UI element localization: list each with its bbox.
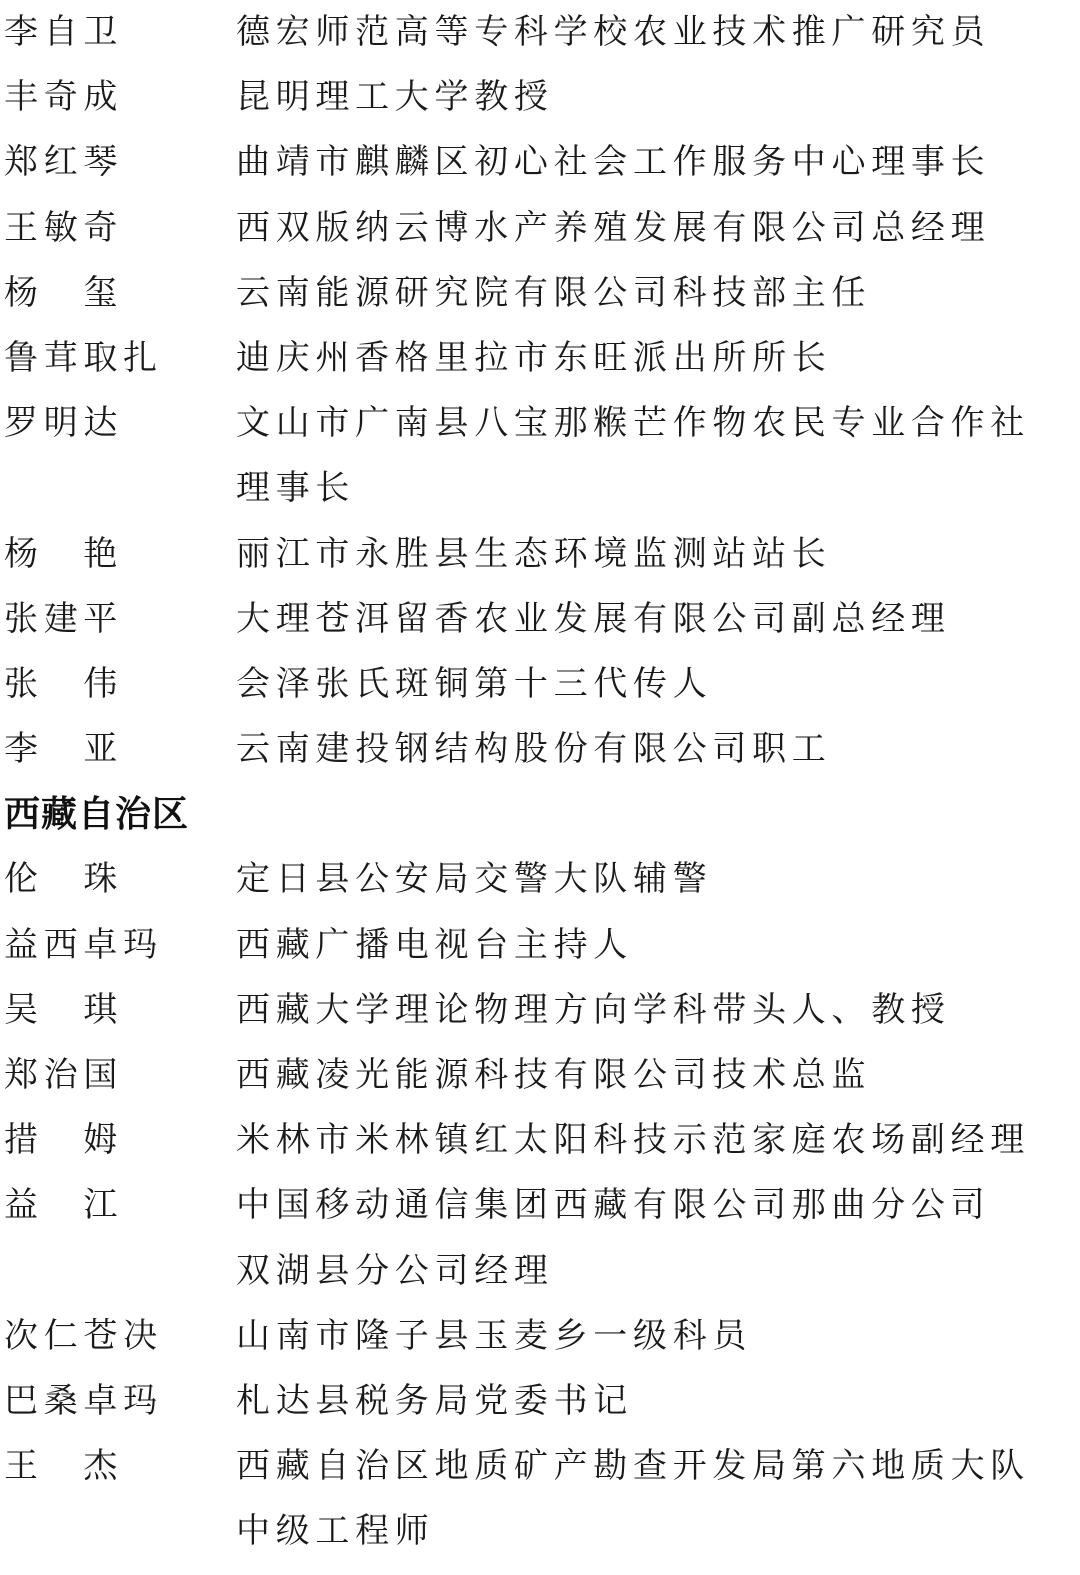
person-position: 札达县税务局党委书记 (236, 1369, 1080, 1434)
person-name: 郑治国 (0, 1043, 236, 1108)
person-position: 云南建投钢结构股份有限公司职工 (236, 717, 1080, 782)
list-entry: 伦 珠 定日县公安局交警大队辅警 (0, 847, 1080, 912)
person-name: 措 姆 (0, 1108, 236, 1173)
list-entry: 杨 艳 丽江市永胜县生态环境监测站站长 (0, 522, 1080, 587)
person-name: 张 伟 (0, 652, 236, 717)
person-position: 定日县公安局交警大队辅警 (236, 847, 1080, 912)
list-entry: 杨 玺 云南能源研究院有限公司科技部主任 (0, 261, 1080, 326)
person-name: 杨 玺 (0, 261, 236, 326)
person-position: 云南能源研究院有限公司科技部主任 (236, 261, 1080, 326)
section-yunnan-continued: 李自卫 德宏师范高等专科学校农业技术推广研究员 丰奇成 昆明理工大学教授 郑红琴… (0, 0, 1080, 782)
person-position: 中国移动通信集团西藏有限公司那曲分公司 (236, 1173, 1080, 1238)
person-name: 杨 艳 (0, 522, 236, 587)
person-position: 米林市米林镇红太阳科技示范家庭农场副经理 (236, 1108, 1080, 1173)
person-position: 大理苍洱留香农业发展有限公司副总经理 (236, 587, 1080, 652)
honoree-list-document: 李自卫 德宏师范高等专科学校农业技术推广研究员 丰奇成 昆明理工大学教授 郑红琴… (0, 0, 1080, 1565)
person-name: 益 江 (0, 1173, 236, 1238)
person-name: 伦 珠 (0, 847, 236, 912)
list-entry: 巴桑卓玛 札达县税务局党委书记 (0, 1369, 1080, 1434)
list-entry: 王敏奇 西双版纳云博水产养殖发展有限公司总经理 (0, 196, 1080, 261)
person-position: 山南市隆子县玉麦乡一级科员 (236, 1304, 1080, 1369)
person-position: 德宏师范高等专科学校农业技术推广研究员 (236, 0, 1080, 65)
person-name: 李自卫 (0, 0, 236, 65)
person-position: 文山市广南县八宝那糇芒作物农民专业合作社 (236, 391, 1080, 456)
list-entry: 次仁苍决 山南市隆子县玉麦乡一级科员 (0, 1304, 1080, 1369)
person-position: 西藏广播电视台主持人 (236, 913, 1080, 978)
person-name: 李 亚 (0, 717, 236, 782)
person-name: 丰奇成 (0, 65, 236, 130)
person-position: 西藏大学理论物理方向学科带头人、教授 (236, 978, 1080, 1043)
list-entry: 罗明达 文山市广南县八宝那糇芒作物农民专业合作社 理事长 (0, 391, 1080, 521)
list-entry: 郑治国 西藏凌光能源科技有限公司技术总监 (0, 1043, 1080, 1108)
person-position-continued: 中级工程师 (236, 1499, 1080, 1564)
person-position-continued: 理事长 (236, 456, 1080, 521)
list-entry: 鲁茸取扎 迪庆州香格里拉市东旺派出所所长 (0, 326, 1080, 391)
list-entry: 郑红琴 曲靖市麒麟区初心社会工作服务中心理事长 (0, 130, 1080, 195)
list-entry: 李自卫 德宏师范高等专科学校农业技术推广研究员 (0, 0, 1080, 65)
person-position: 西藏自治区地质矿产勘查开发局第六地质大队 (236, 1434, 1080, 1499)
person-name: 王敏奇 (0, 196, 236, 261)
section-heading: 西藏自治区 (0, 782, 1080, 847)
person-name: 王 杰 (0, 1434, 236, 1499)
list-entry: 益西卓玛 西藏广播电视台主持人 (0, 913, 1080, 978)
person-name: 张建平 (0, 587, 236, 652)
list-entry: 张 伟 会泽张氏斑铜第十三代传人 (0, 652, 1080, 717)
person-name: 巴桑卓玛 (0, 1369, 236, 1434)
list-entry: 益 江 中国移动通信集团西藏有限公司那曲分公司 双湖县分公司经理 (0, 1173, 1080, 1303)
person-position: 昆明理工大学教授 (236, 65, 1080, 130)
person-name: 罗明达 (0, 391, 236, 456)
list-entry: 张建平 大理苍洱留香农业发展有限公司副总经理 (0, 587, 1080, 652)
person-name: 次仁苍决 (0, 1304, 236, 1369)
list-entry: 吴 琪 西藏大学理论物理方向学科带头人、教授 (0, 978, 1080, 1043)
list-entry: 李 亚 云南建投钢结构股份有限公司职工 (0, 717, 1080, 782)
section-tibet: 西藏自治区 伦 珠 定日县公安局交警大队辅警 益西卓玛 西藏广播电视台主持人 吴… (0, 782, 1080, 1564)
person-position: 丽江市永胜县生态环境监测站站长 (236, 522, 1080, 587)
person-name: 吴 琪 (0, 978, 236, 1043)
person-position: 会泽张氏斑铜第十三代传人 (236, 652, 1080, 717)
list-entry: 措 姆 米林市米林镇红太阳科技示范家庭农场副经理 (0, 1108, 1080, 1173)
list-entry: 丰奇成 昆明理工大学教授 (0, 65, 1080, 130)
person-name: 郑红琴 (0, 130, 236, 195)
person-name: 益西卓玛 (0, 913, 236, 978)
list-entry: 王 杰 西藏自治区地质矿产勘查开发局第六地质大队 中级工程师 (0, 1434, 1080, 1564)
person-position: 西藏凌光能源科技有限公司技术总监 (236, 1043, 1080, 1108)
person-position: 西双版纳云博水产养殖发展有限公司总经理 (236, 196, 1080, 261)
person-position: 曲靖市麒麟区初心社会工作服务中心理事长 (236, 130, 1080, 195)
person-position: 迪庆州香格里拉市东旺派出所所长 (236, 326, 1080, 391)
person-name: 鲁茸取扎 (0, 326, 236, 391)
person-position-continued: 双湖县分公司经理 (236, 1239, 1080, 1304)
